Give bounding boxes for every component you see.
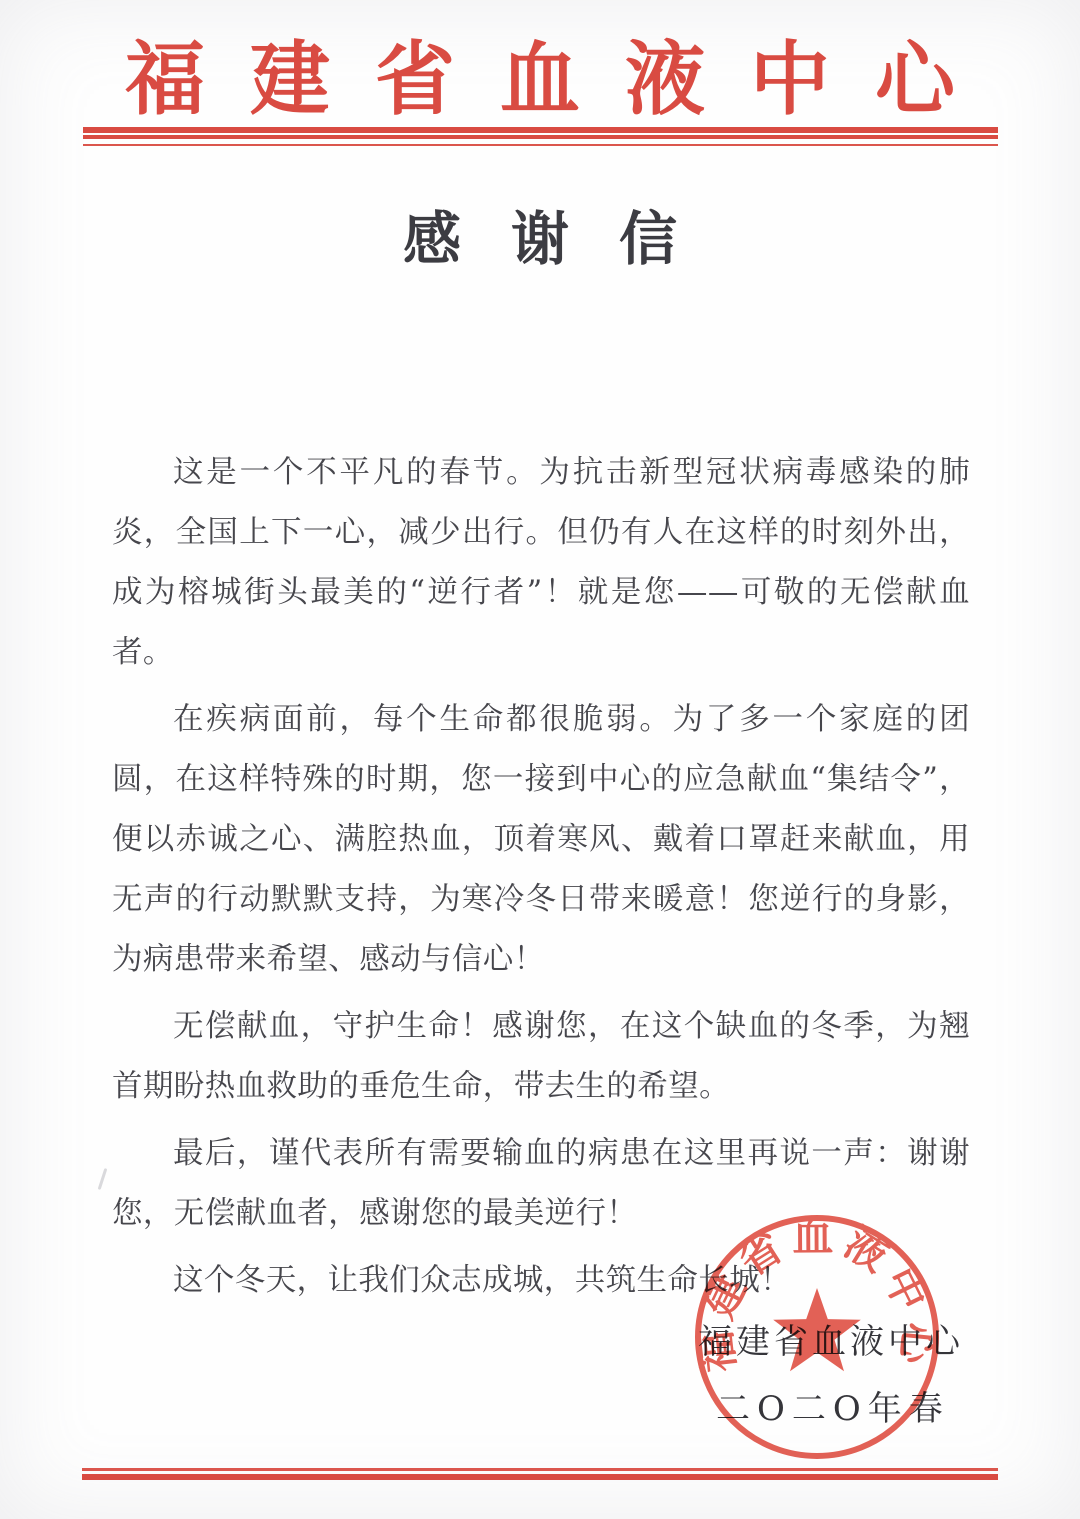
org-masthead: 福建省血液中心 <box>0 36 1080 122</box>
footer-divider <box>82 1468 998 1480</box>
footer-line-thick <box>82 1474 998 1480</box>
letter-page: 福建省血液中心 感谢信 这是一个不平凡的春节。为抗击新型冠状病毒感染的肺炎，全国… <box>0 0 1080 1519</box>
paragraph-2: 在疾病面前，每个生命都很脆弱。为了多一个家庭的团圆，在这样特殊的时期，您一接到中… <box>112 690 970 990</box>
letter-title: 感谢信 <box>0 192 1080 276</box>
paragraph-1: 这是一个不平凡的春节。为抗击新型冠状病毒感染的肺炎，全国上下一心，减少出行。但仍… <box>112 443 970 683</box>
signature-date: 二O二O年春 <box>716 1381 950 1430</box>
signature-org: 福建省血液中心 <box>698 1314 964 1363</box>
letter-body: 这是一个不平凡的春节。为抗击新型冠状病毒感染的肺炎，全国上下一心，减少出行。但仍… <box>112 443 970 1318</box>
divider-line-thin <box>83 144 998 146</box>
paragraph-3: 无偿献血，守护生命！感谢您，在这个缺血的冬季，为翘首期盼热血救助的垂危生命，带去… <box>112 997 970 1117</box>
masthead-divider <box>83 127 998 146</box>
scan-pen-mark <box>98 1168 108 1190</box>
